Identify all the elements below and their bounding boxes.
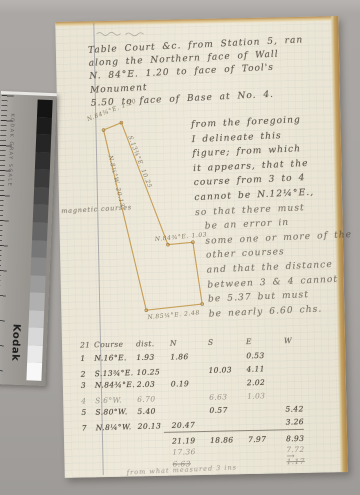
survey-plot-outline xyxy=(103,121,202,311)
cell-blank xyxy=(96,449,138,450)
cell-course: N.8¼°W. xyxy=(96,422,138,432)
gray-step xyxy=(30,275,46,293)
cell-distance: 5.40 xyxy=(137,407,167,416)
cell-south: 6.63 xyxy=(205,392,243,402)
table-header-s: S xyxy=(204,337,242,347)
cell-course: S.80°W. xyxy=(95,407,137,417)
pencil-arrow: → xyxy=(286,451,295,462)
cell-west xyxy=(280,350,318,351)
cell-row-number: 4 xyxy=(81,396,95,405)
cell-blank xyxy=(96,460,138,461)
cell-south xyxy=(204,351,242,352)
gray-step xyxy=(33,187,49,205)
kodak-brand-label: Kodak xyxy=(9,324,21,362)
cell-blank xyxy=(138,459,168,460)
gray-step xyxy=(34,170,50,188)
cell-course: N.84¾°E. xyxy=(95,380,137,390)
cell-row-number: 1 xyxy=(80,354,94,363)
gray-step xyxy=(26,363,42,381)
cell-course: S.6°W. xyxy=(95,395,137,405)
cell-east: 1.03 xyxy=(243,391,281,401)
gray-step xyxy=(29,293,45,311)
gray-step xyxy=(27,345,43,363)
cell-row-number: 5 xyxy=(81,408,95,417)
cell-total-east xyxy=(244,457,282,458)
cell-north: 20.47 xyxy=(168,420,206,430)
cell-east xyxy=(243,405,281,406)
table-header-dist: dist. xyxy=(136,339,166,349)
cell-total-north: 17.36 xyxy=(168,447,206,457)
cell-west xyxy=(281,377,319,378)
gray-step xyxy=(37,99,53,117)
gray-step xyxy=(31,240,47,258)
cell-south: 10.03 xyxy=(204,364,242,374)
cell-total-south xyxy=(206,446,244,447)
cell-total-north: 21.19 xyxy=(168,436,206,446)
table-rows: 1 N.16°E. 1.93 1.86 0.53 2 S.13¾°E. 10.2… xyxy=(80,349,342,436)
cell-east: 2.02 xyxy=(243,378,281,388)
cell-distance: 10.25 xyxy=(136,367,166,377)
table-header-e: E xyxy=(242,336,280,346)
table-header-n: N xyxy=(166,338,204,348)
gray-step xyxy=(31,257,47,275)
heading-paragraph: Table Court &c. from Station 5, ranalong… xyxy=(88,33,339,111)
cell-north: 1.86 xyxy=(166,352,204,362)
gray-step-wedge xyxy=(26,99,52,380)
gray-step xyxy=(36,117,52,135)
gray-step xyxy=(36,135,52,153)
cell-east: 0.53 xyxy=(242,351,280,361)
table-header-w: W xyxy=(280,336,318,346)
cell-blank xyxy=(138,448,168,449)
gray-step xyxy=(28,328,44,346)
cell-blank xyxy=(138,437,168,438)
cell-south xyxy=(205,379,243,380)
cell-distance: 1.93 xyxy=(136,353,166,362)
cell-north: 0.19 xyxy=(167,379,205,389)
kodak-gray-scale-ruler: KODAK GRAY SCALE Kodak xyxy=(0,91,57,386)
cell-course: N.16°E. xyxy=(94,353,136,363)
gray-step xyxy=(33,205,49,223)
cell-distance: 20.13 xyxy=(138,421,168,431)
cell-west: 5.42 xyxy=(281,405,319,415)
cell-east xyxy=(244,418,282,419)
cell-west xyxy=(281,389,319,390)
cell-total-south xyxy=(206,458,244,459)
pencil-scribble-path xyxy=(96,32,143,37)
cell-row-number: 3 xyxy=(81,381,95,390)
cell-blank xyxy=(96,437,138,438)
cell-east: 4.11 xyxy=(242,363,280,373)
cell-total-east: 7.97 xyxy=(244,434,282,444)
gray-step xyxy=(29,310,45,328)
cell-north xyxy=(167,406,205,407)
gray-step xyxy=(32,222,48,240)
cell-south xyxy=(206,419,244,420)
pencil-scribble xyxy=(95,28,153,39)
cell-total-west: 8.93 xyxy=(282,434,320,444)
cell-row-number: 2 xyxy=(80,369,94,378)
cell-course: S.13¾°E. xyxy=(94,368,136,378)
table-header-entry-no: 21 xyxy=(80,340,94,349)
cell-west: 3.26 xyxy=(282,417,320,427)
page-top-edge xyxy=(55,16,338,27)
cell-total-east xyxy=(244,446,282,447)
cell-distance: 2.03 xyxy=(137,380,167,389)
station-markers xyxy=(102,120,204,313)
manuscript-page: Table Court &c. from Station 5, ranalong… xyxy=(55,16,347,478)
cell-row-number: 7 xyxy=(82,423,96,432)
cell-total-south: 18.86 xyxy=(206,435,244,445)
photo-of-manuscript: Table Court &c. from Station 5, ranalong… xyxy=(0,0,360,495)
gray-step xyxy=(35,152,51,170)
cell-distance: 6.70 xyxy=(137,394,167,404)
note-paragraph: from the foregoingI delineate thisfigure… xyxy=(191,111,360,322)
table-header-course: Course xyxy=(94,339,136,349)
cell-south: 0.57 xyxy=(205,406,243,416)
cell-north xyxy=(167,393,205,394)
